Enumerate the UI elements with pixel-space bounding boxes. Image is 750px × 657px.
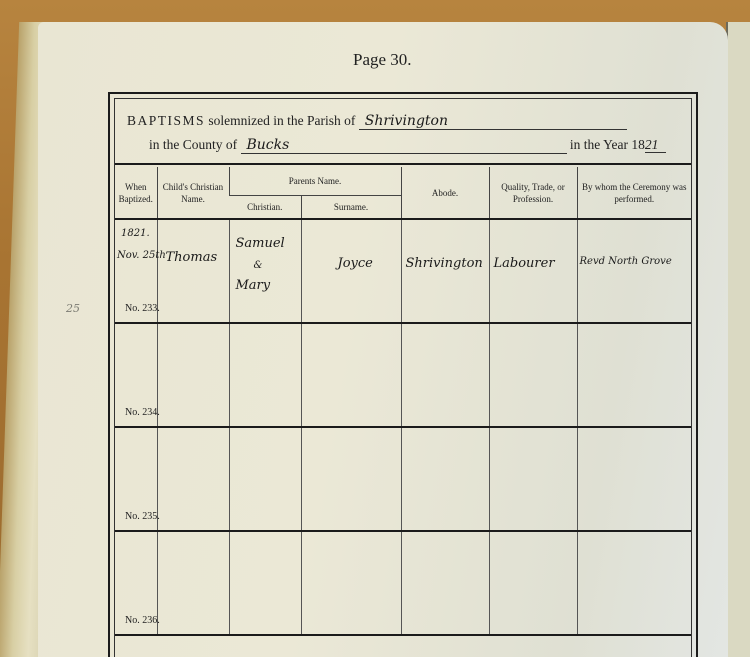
cell-when: No. 236.	[115, 531, 157, 635]
entry-number: No. 235.	[125, 511, 160, 522]
entry-year: 1821.	[121, 228, 150, 239]
entry-number: No. 236.	[125, 615, 160, 626]
header-rule	[115, 163, 691, 165]
cell-by-whom	[577, 531, 691, 635]
cell-surname	[301, 323, 401, 427]
cell-parents-christian	[229, 427, 301, 531]
year-label: in the Year 18	[567, 137, 645, 152]
cell-abode	[401, 323, 489, 427]
cell-surname	[301, 531, 401, 635]
cell-when: 1821. Nov. 25th No. 233.	[115, 219, 157, 323]
baptism-register-table: When Baptized. Child's Christian Name. P…	[115, 167, 691, 636]
cell-quality: Labourer	[489, 219, 577, 323]
child-name: Thomas	[166, 250, 218, 265]
col-quality: Quality, Trade, or Profession.	[489, 167, 577, 219]
parent-christian-1: Samuel	[236, 236, 285, 251]
col-child-name: Child's Christian Name.	[157, 167, 229, 219]
cell-parents-christian	[229, 531, 301, 635]
county-field: Bucks	[241, 137, 567, 154]
parent-christian-2: Mary	[236, 278, 271, 293]
cell-by-whom: Revd North Grove	[577, 219, 691, 323]
cell-child: Thomas	[157, 219, 229, 323]
entry-number: No. 233.	[125, 303, 160, 314]
cell-when: No. 235.	[115, 427, 157, 531]
quality: Labourer	[494, 256, 555, 271]
register-entry: 1821. Nov. 25th No. 233. Thomas Samuel &…	[115, 219, 691, 323]
register-title: BAPTISMS solemnized in the Parish of Shr…	[127, 113, 627, 130]
register-entry: No. 234.	[115, 323, 691, 427]
abode: Shrivington	[406, 256, 483, 271]
register-inner-frame: BAPTISMS solemnized in the Parish of Shr…	[114, 98, 692, 657]
col-by-whom: By whom the Ceremony was performed.	[577, 167, 691, 219]
cell-by-whom	[577, 323, 691, 427]
cell-parents-christian	[229, 323, 301, 427]
register-title-line2: in the County of Bucks in the Year 1821	[149, 137, 666, 154]
year-field: 21	[645, 137, 667, 153]
cell-quality	[489, 323, 577, 427]
surname: Joyce	[338, 256, 373, 271]
col-parents-christian: Christian.	[229, 196, 301, 220]
parish-field: Shrivington	[359, 113, 627, 130]
page-number: Page 30.	[353, 50, 412, 70]
col-parents-surname: Surname.	[301, 196, 401, 220]
officiant: Revd North Grove	[580, 256, 672, 267]
col-when-baptized: When Baptized.	[115, 167, 157, 219]
margin-note: 25	[66, 302, 80, 315]
cell-child	[157, 531, 229, 635]
cell-abode	[401, 427, 489, 531]
register-entry: No. 235.	[115, 427, 691, 531]
title-caps: BAPTISMS	[127, 113, 205, 128]
cell-when: No. 234.	[115, 323, 157, 427]
col-abode: Abode.	[401, 167, 489, 219]
cell-child	[157, 427, 229, 531]
cell-abode	[401, 531, 489, 635]
facing-page-edge	[726, 22, 750, 657]
cell-surname: Joyce	[301, 219, 401, 323]
cell-by-whom	[577, 427, 691, 531]
register-frame: BAPTISMS solemnized in the Parish of Shr…	[108, 92, 698, 657]
col-parents-name: Parents Name.	[229, 167, 401, 196]
parent-ampersand: &	[254, 260, 263, 271]
cell-quality	[489, 427, 577, 531]
cell-child	[157, 323, 229, 427]
cell-quality	[489, 531, 577, 635]
title-text: solemnized in the Parish of	[205, 113, 359, 128]
register-entry: No. 236.	[115, 531, 691, 635]
cell-surname	[301, 427, 401, 531]
cell-abode: Shrivington	[401, 219, 489, 323]
cell-parents-christian: Samuel & Mary	[229, 219, 301, 323]
entry-number: No. 234.	[125, 407, 160, 418]
county-label: in the County of	[149, 137, 241, 152]
